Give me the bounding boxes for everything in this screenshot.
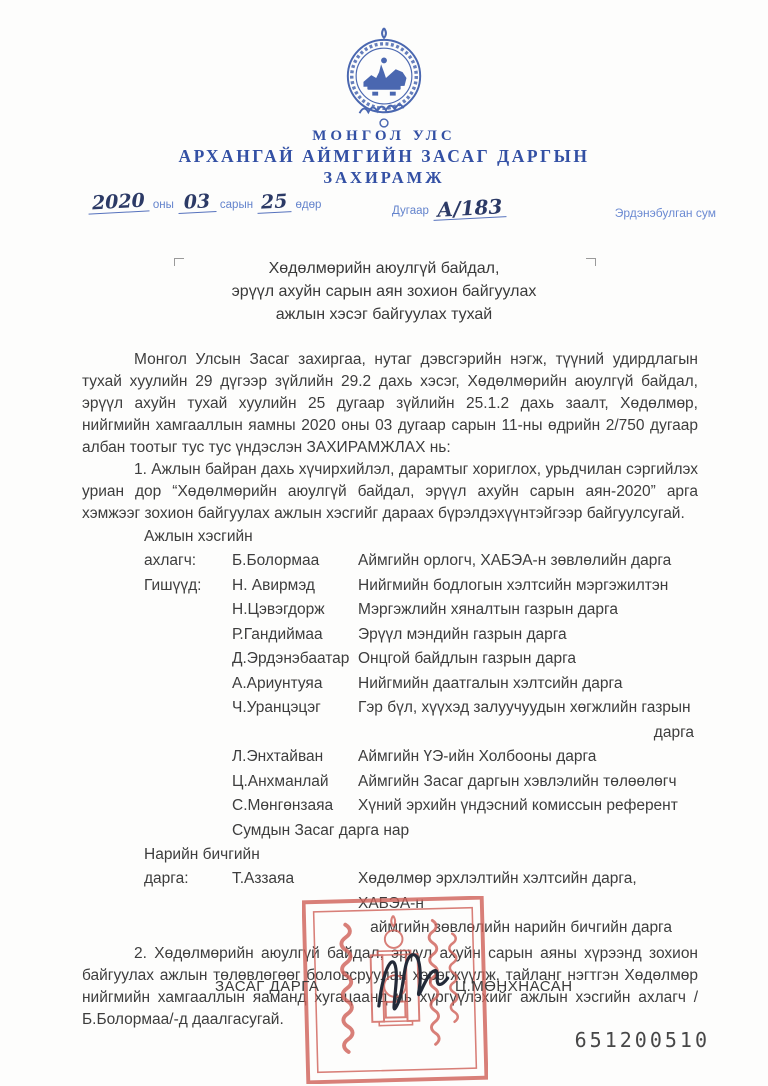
table-row: Р.Гандиймаа Эрүүл мэндийн газрын дарга: [144, 623, 698, 648]
member-name: С.Мөнгөнзаяа: [232, 794, 358, 819]
table-row: Д.Эрдэнэбаатар Онцгой байдлын газрын дар…: [144, 647, 698, 672]
member-title: Аймгийн Засаг даргын хэвлэлийн төлөөлөгч: [358, 770, 698, 795]
member-name: Ц.Анхманлай: [232, 770, 358, 795]
table-row: Гишүүд: Н. Авирмэд Нийгмийн бодлогын хэл…: [144, 574, 698, 599]
legal-basis-paragraph: Монгол Улсын Засаг захиргаа, нутаг дэвсг…: [82, 349, 698, 459]
signer-name: Ц.МӨНХНАСАН: [455, 978, 573, 995]
secretary-label: Нарийн бичгийн: [144, 843, 698, 867]
member-title-line2: дарга: [358, 721, 698, 746]
working-group-label: Ажлын хэсгийн: [144, 525, 698, 549]
member-title: Онцгой байдлын газрын дарга: [358, 647, 698, 672]
number-label: Дугаар: [388, 205, 433, 219]
member-title-line1: Гэр бүл, хүүхэд залуучуудын хөгжлийн газ…: [358, 696, 698, 721]
member-role: [144, 598, 232, 623]
member-name: Б.Болормаа: [232, 549, 358, 574]
member-role: ахлагч:: [144, 549, 232, 574]
date-fields: 2020 оны 03 сарын 25 өдөр: [88, 192, 325, 213]
title-line: ажлын хэсэг байгуулах тухай: [204, 303, 564, 326]
table-row: Л.Энхтайван Аймгийн ҮЭ-ийн Холбооны дарг…: [144, 745, 698, 770]
table-row: Ц.Анхманлай Аймгийн Засаг даргын хэвлэли…: [144, 770, 698, 795]
member-role: Гишүүд:: [144, 574, 232, 599]
member-name: А.Ариунтуяа: [232, 672, 358, 697]
member-role: [144, 819, 232, 844]
document-type: ЗАХИРАМЖ: [0, 168, 768, 188]
member-title: Мэргэжлийн хяналтын газрын дарга: [358, 598, 698, 623]
member-title: Гэр бүл, хүүхэд залуучуудын хөгжлийн газ…: [358, 696, 698, 745]
table-row: ахлагч: Б.Болормаа Аймгийн орлогч, ХАБЭА…: [144, 549, 698, 574]
month-label: сарын: [216, 199, 257, 213]
day-label: өдөр: [292, 199, 326, 213]
member-role: [144, 770, 232, 795]
member-name: Д.Эрдэнэбаатар: [232, 647, 358, 672]
member-title: Нийгмийн даатгалын хэлтсийн дарга: [358, 672, 698, 697]
dateline: 2020 оны 03 сарын 25 өдөр Дугаар А/183 Э…: [0, 192, 768, 232]
table-row: С.Мөнгөнзаяа Хүний эрхийн үндэсний комис…: [144, 794, 698, 819]
member-role: [144, 647, 232, 672]
decree-number-field: Дугаар А/183: [388, 198, 506, 219]
decree-document-page: МОНГОЛ УЛС АРХАНГАЙ АЙМГИЙН ЗАСАГ ДАРГЫН…: [0, 0, 768, 1086]
member-name: Р.Гандиймаа: [232, 623, 358, 648]
table-row: Н.Цэвэгдорж Мэргэжлийн хяналтын газрын д…: [144, 598, 698, 623]
country-name: МОНГОЛ УЛС: [0, 128, 768, 145]
member-title: Аймгийн орлогч, ХАБЭА-н зөвлөлийн дарга: [358, 549, 698, 574]
member-name: Л.Энхтайван: [232, 745, 358, 770]
title-line: эрүүл ахуйн сарын аян зохион байгуулах: [204, 280, 564, 303]
secretary-role: дарга:: [144, 867, 232, 941]
table-row: А.Ариунтуяа Нийгмийн даатгалын хэлтсийн …: [144, 672, 698, 697]
member-title: Нийгмийн бодлогын хэлтсийн мэргэжилтэн: [358, 574, 698, 599]
year-label: оны: [149, 199, 178, 213]
handwritten-day: 25: [257, 191, 293, 214]
document-header: МОНГОЛ УЛС АРХАНГАЙ АЙМГИЙН ЗАСАГ ДАРГЫН…: [0, 128, 768, 188]
corner-mark-right-icon: [586, 258, 596, 266]
member-name: Н. Авирмэд: [232, 574, 358, 599]
member-role: [144, 696, 232, 745]
member-title: Эрүүл мэндийн газрын дарга: [358, 623, 698, 648]
member-title: Хүний эрхийн үндэсний комиссын референт: [358, 794, 698, 819]
member-role: [144, 672, 232, 697]
member-role: [144, 794, 232, 819]
member-name: Сумдын Засаг дарга нар: [232, 819, 409, 844]
member-name: Н.Цэвэгдорж: [232, 598, 358, 623]
signer-title: ЗАСАГ ДАРГА: [215, 978, 319, 995]
handwritten-number: А/183: [432, 196, 506, 221]
table-row: Сумдын Засаг дарга нар: [144, 819, 698, 844]
member-role: [144, 745, 232, 770]
handwritten-year: 2020: [87, 190, 149, 214]
corner-mark-left-icon: [174, 258, 184, 266]
table-row: Ч.Уранцэцэг Гэр бүл, хүүхэд залуучуудын …: [144, 696, 698, 745]
location-name: Эрдэнэбулган сум: [615, 206, 716, 220]
handwritten-month: 03: [177, 191, 216, 214]
mongolia-state-emblem-icon: [340, 26, 428, 135]
title-line: Хөдөлмөрийн аюулгүй байдал,: [204, 257, 564, 280]
member-title: Аймгийн ҮЭ-ийн Холбооны дарга: [358, 745, 698, 770]
clause-1-paragraph: 1. Ажлын байран дахь хүчирхийлэл, дарамт…: [82, 459, 698, 525]
member-role: [144, 623, 232, 648]
issuing-authority: АРХАНГАЙ АЙМГИЙН ЗАСАГ ДАРГЫН: [0, 146, 768, 167]
member-name: Ч.Уранцэцэг: [232, 696, 358, 745]
serial-number: 651200510: [575, 1028, 710, 1052]
decree-title: Хөдөлмөрийн аюулгүй байдал, эрүүл ахуйн …: [204, 254, 564, 326]
